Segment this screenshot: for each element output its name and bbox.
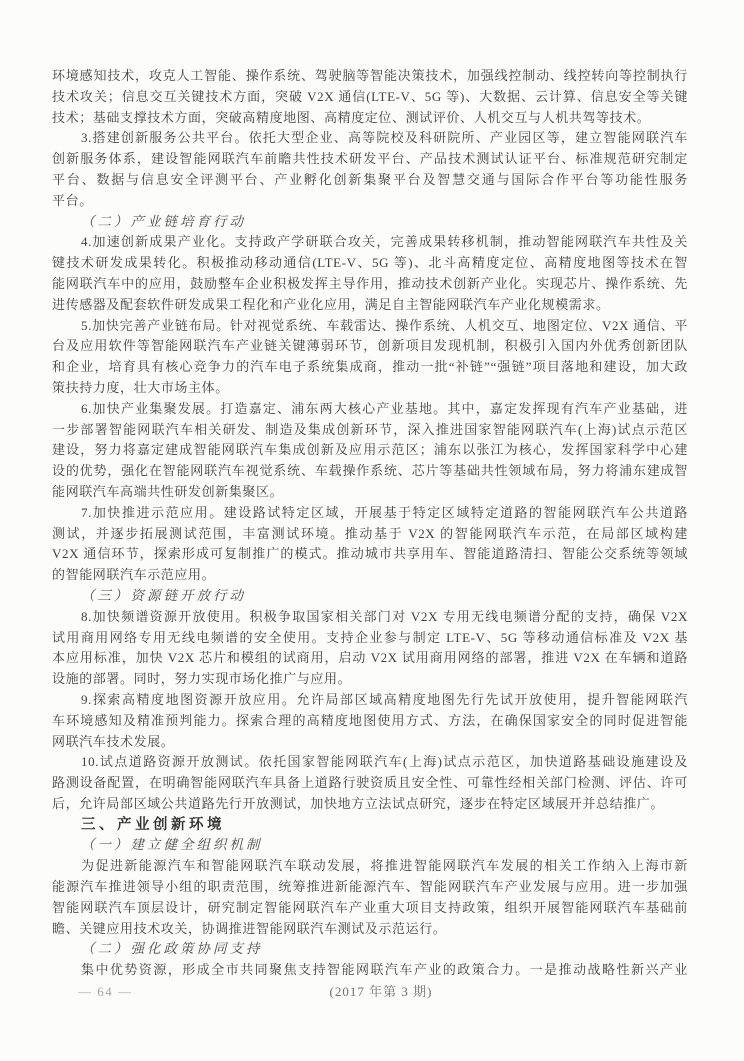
text-line: V2X 通信环节，探索形成可复制推广的模式。推动城市共享用车、智能道路清扫、智能… <box>52 544 688 565</box>
text-line: 能源汽车推进领导小组的职责范围，统筹推进新能源汽车、智能网联汽车产业发展与应用。… <box>52 877 688 898</box>
text-line: 能网联汽车中的应用，鼓励整车企业积极发挥主导作用，推动技术创新产业化。实现芯片、… <box>52 274 688 295</box>
document-body: 环境感知技术，攻克人工智能、操作系统、驾驶脑等智能决策技术，加强线控制动、线控转… <box>52 66 688 981</box>
text-line: 5.加快完善产业链布局。针对视觉系统、车载雷达、操作系统、人机交互、地图定位、V… <box>52 316 688 337</box>
subsection-heading: （二）产业链培育行动 <box>52 212 688 233</box>
text-line: 环境感知技术，攻克人工智能、操作系统、驾驶脑等智能决策技术，加强线控制动、线控转… <box>52 66 688 87</box>
text-line: 的智能网联汽车示范应用。 <box>52 565 688 586</box>
subsection-heading: （三）资源链开放行动 <box>52 586 688 607</box>
text-line: 和企业，培育具有核心竞争力的汽车电子系统集成商，推动一批“补链”“强链”项目落地… <box>52 357 688 378</box>
text-line: 能网联汽车高端共性研发创新集聚区。 <box>52 482 688 503</box>
text-line: 为促进新能源汽车和智能网联汽车联动发展，将推进智能网联汽车发展的相关工作纳入上海… <box>52 856 688 877</box>
text-line: 策扶持力度，壮大市场主体。 <box>52 378 688 399</box>
page-number: — 64 — <box>78 983 133 1001</box>
text-line: 后，允许局部区域公共道路先行开放测试，加快地方立法试点研究，逐步在特定区域展开并… <box>52 794 688 815</box>
text-line: 一步部署智能网联汽车相关研发、制造及集成创新环节，深入推进国家智能网联汽车(上海… <box>52 420 688 441</box>
section-heading: 三、产业创新环境 <box>52 815 688 836</box>
subsection-heading: （一）建立健全组织机制 <box>52 835 688 856</box>
text-line: 试用商用网络专用无线电频谱的安全使用。支持企业参与制定 LTE-V、5G 等移动… <box>52 628 688 649</box>
text-line: 创新服务体系，建设智能网联汽车前瞻共性技术研发平台、产品技术测试认证平台、标准规… <box>52 149 688 170</box>
text-line: 键技术研发成果转化。积极推动移动通信(LTE-V、5G 等)、北斗高精度定位、高… <box>52 253 688 274</box>
text-line: 8.加快频谱资源开放使用。积极争取国家相关部门对 V2X 专用无线电频谱分配的支… <box>52 607 688 628</box>
text-line: 智能网联汽车顶层设计，研究制定智能网联汽车产业重大项目支持政策，组织开展智能网联… <box>52 898 688 919</box>
text-line: 9.探索高精度地图资源开放应用。允许局部区域高精度地图先行先试开放使用，提升智能… <box>52 690 688 711</box>
text-line: 平台。 <box>52 191 688 212</box>
text-line: 台及应用软件等智能网联汽车产业链关键薄弱环节，创新项目发现机制，积极引入国内外优… <box>52 336 688 357</box>
text-line: 6.加快产业集聚发展。打造嘉定、浦东两大核心产业基地。其中，嘉定发挥现有汽车产业… <box>52 399 688 420</box>
text-line: 4.加速创新成果产业化。支持政产学研联合攻关，完善成果转移机制，推动智能网联汽车… <box>52 232 688 253</box>
text-line: 集中优势资源，形成全市共同聚焦支持智能网联汽车产业的政策合力。一是推动战略性新兴… <box>52 960 688 981</box>
text-line: 建设，努力将嘉定建成智能网联汽车集成创新及应用示范区；浦东以张江为核心，发挥国家… <box>52 440 688 461</box>
text-line: 进传感器及配套软件研发成果工程化和产业化应用，满足自主智能网联汽车产业化规模需求… <box>52 295 688 316</box>
document-page: 环境感知技术，攻克人工智能、操作系统、驾驶脑等智能决策技术，加强线控制动、线控转… <box>0 0 744 1061</box>
text-line: 测试，并逐步拓展测试范围，丰富测试环境。推动基于 V2X 的智能网联汽车示范，在… <box>52 524 688 545</box>
text-line: 技术；基础支撑技术方面，突破高精度地图、高精度定位、测试评价、人机交互与人机共驾… <box>52 108 688 129</box>
subsection-heading: （二）强化政策协同支持 <box>52 939 688 960</box>
text-line: 瞻、关键应用技术攻关，协调推进智能网联汽车测试及示范运行。 <box>52 919 688 940</box>
text-line: 设施的部署。同时，努力实现市场化推广与应用。 <box>52 669 688 690</box>
text-line: 路测设备配置，在明确智能网联汽车具备上道路行驶资质且安全性、可靠性经相关部门检测… <box>52 773 688 794</box>
text-line: 车环境感知及精准预判能力。探索合理的高精度地图使用方式、方法，在确保国家安全的同… <box>52 711 688 732</box>
text-line: 网联汽车技术发展。 <box>52 732 688 753</box>
page-footer: — 64 — (2017 年第 3 期) <box>52 983 688 1001</box>
text-line: 本应用标准，加快 V2X 芯片和模组的试商用，启动 V2X 试用商用网络的部署，… <box>52 648 688 669</box>
text-line: 10.试点道路资源开放测试。依托国家智能网联汽车(上海)试点示范区，加快道路基础… <box>52 752 688 773</box>
text-line: 7.加快推进示范应用。建设路试特定区域，开展基于特定区域特定道路的智能网联汽车公… <box>52 503 688 524</box>
text-line: 技术攻关；信息交互关键技术方面，突破 V2X 通信(LTE-V、5G 等)、大数… <box>52 87 688 108</box>
text-line: 设的优势，强化在智能网联汽车视觉系统、车载操作系统、芯片等基础共性领域布局，努力… <box>52 461 688 482</box>
issue-label: (2017 年第 3 期) <box>52 983 688 1001</box>
text-line: 平台、数据与信息安全评测平台、产业孵化创新集聚平台及智慧交通与国际合作平台等功能… <box>52 170 688 191</box>
text-line: 3.搭建创新服务公共平台。依托大型企业、高等院校及科研院所、产业园区等，建立智能… <box>52 128 688 149</box>
